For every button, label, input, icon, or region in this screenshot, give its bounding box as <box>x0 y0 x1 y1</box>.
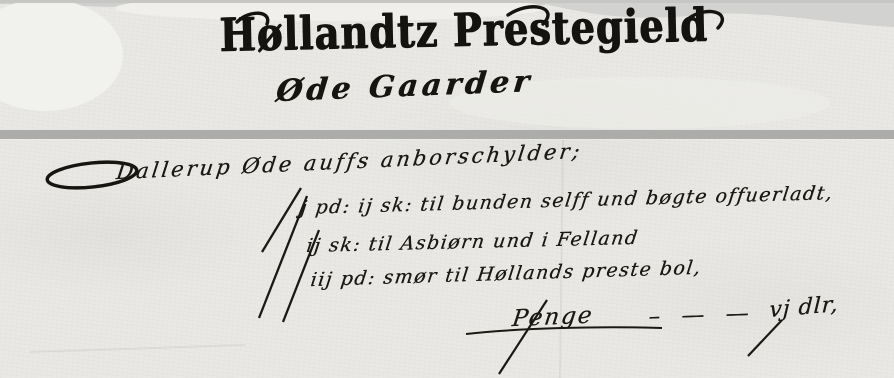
sum-label: Penge <box>511 302 596 332</box>
sum-leader-dashes: – — — <box>648 300 756 330</box>
document-title: Høllandtz Prestegield <box>218 3 708 59</box>
manuscript-scan: Høllandtz Prestegield Øde Gaarder Daller… <box>0 0 894 378</box>
